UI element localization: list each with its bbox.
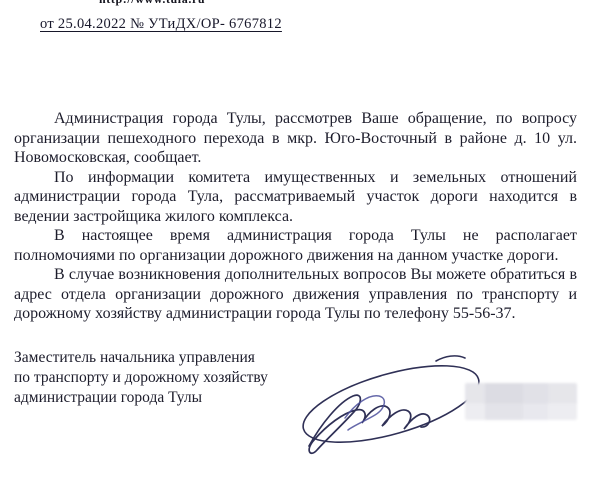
- letter-paragraph: По информации комитета имущественных и з…: [14, 168, 577, 227]
- signature-scribble-stroke: [309, 395, 430, 453]
- signer-title-line: администрации города Тулы: [14, 388, 268, 408]
- letter-paragraph: Администрация города Тулы, рассмотрев Ва…: [14, 109, 577, 168]
- scanned-letter-page: http://www.tula.ru от 25.04.2022 № УТиДХ…: [0, 0, 600, 479]
- handwritten-signature-icon: [293, 352, 493, 462]
- site-url-text: http://www.tula.ru: [99, 0, 205, 7]
- signature-tail-stroke: [436, 356, 465, 361]
- redacted-name-blur: [465, 383, 577, 420]
- signer-title-line: Заместитель начальника управления: [14, 348, 268, 368]
- letter-paragraph: В настоящее время администрация города Т…: [14, 226, 577, 265]
- signer-title-block: Заместитель начальника управления по тра…: [14, 348, 268, 408]
- signer-title-line: по транспорту и дорожному хозяйству: [14, 368, 268, 388]
- letter-body: Администрация города Тулы, рассмотрев Ва…: [14, 109, 577, 324]
- letter-reference-line: от 25.04.2022 № УТиДХ/ОР- 6767812: [40, 16, 282, 33]
- letter-paragraph: В случае возникновения дополнительных во…: [14, 265, 577, 324]
